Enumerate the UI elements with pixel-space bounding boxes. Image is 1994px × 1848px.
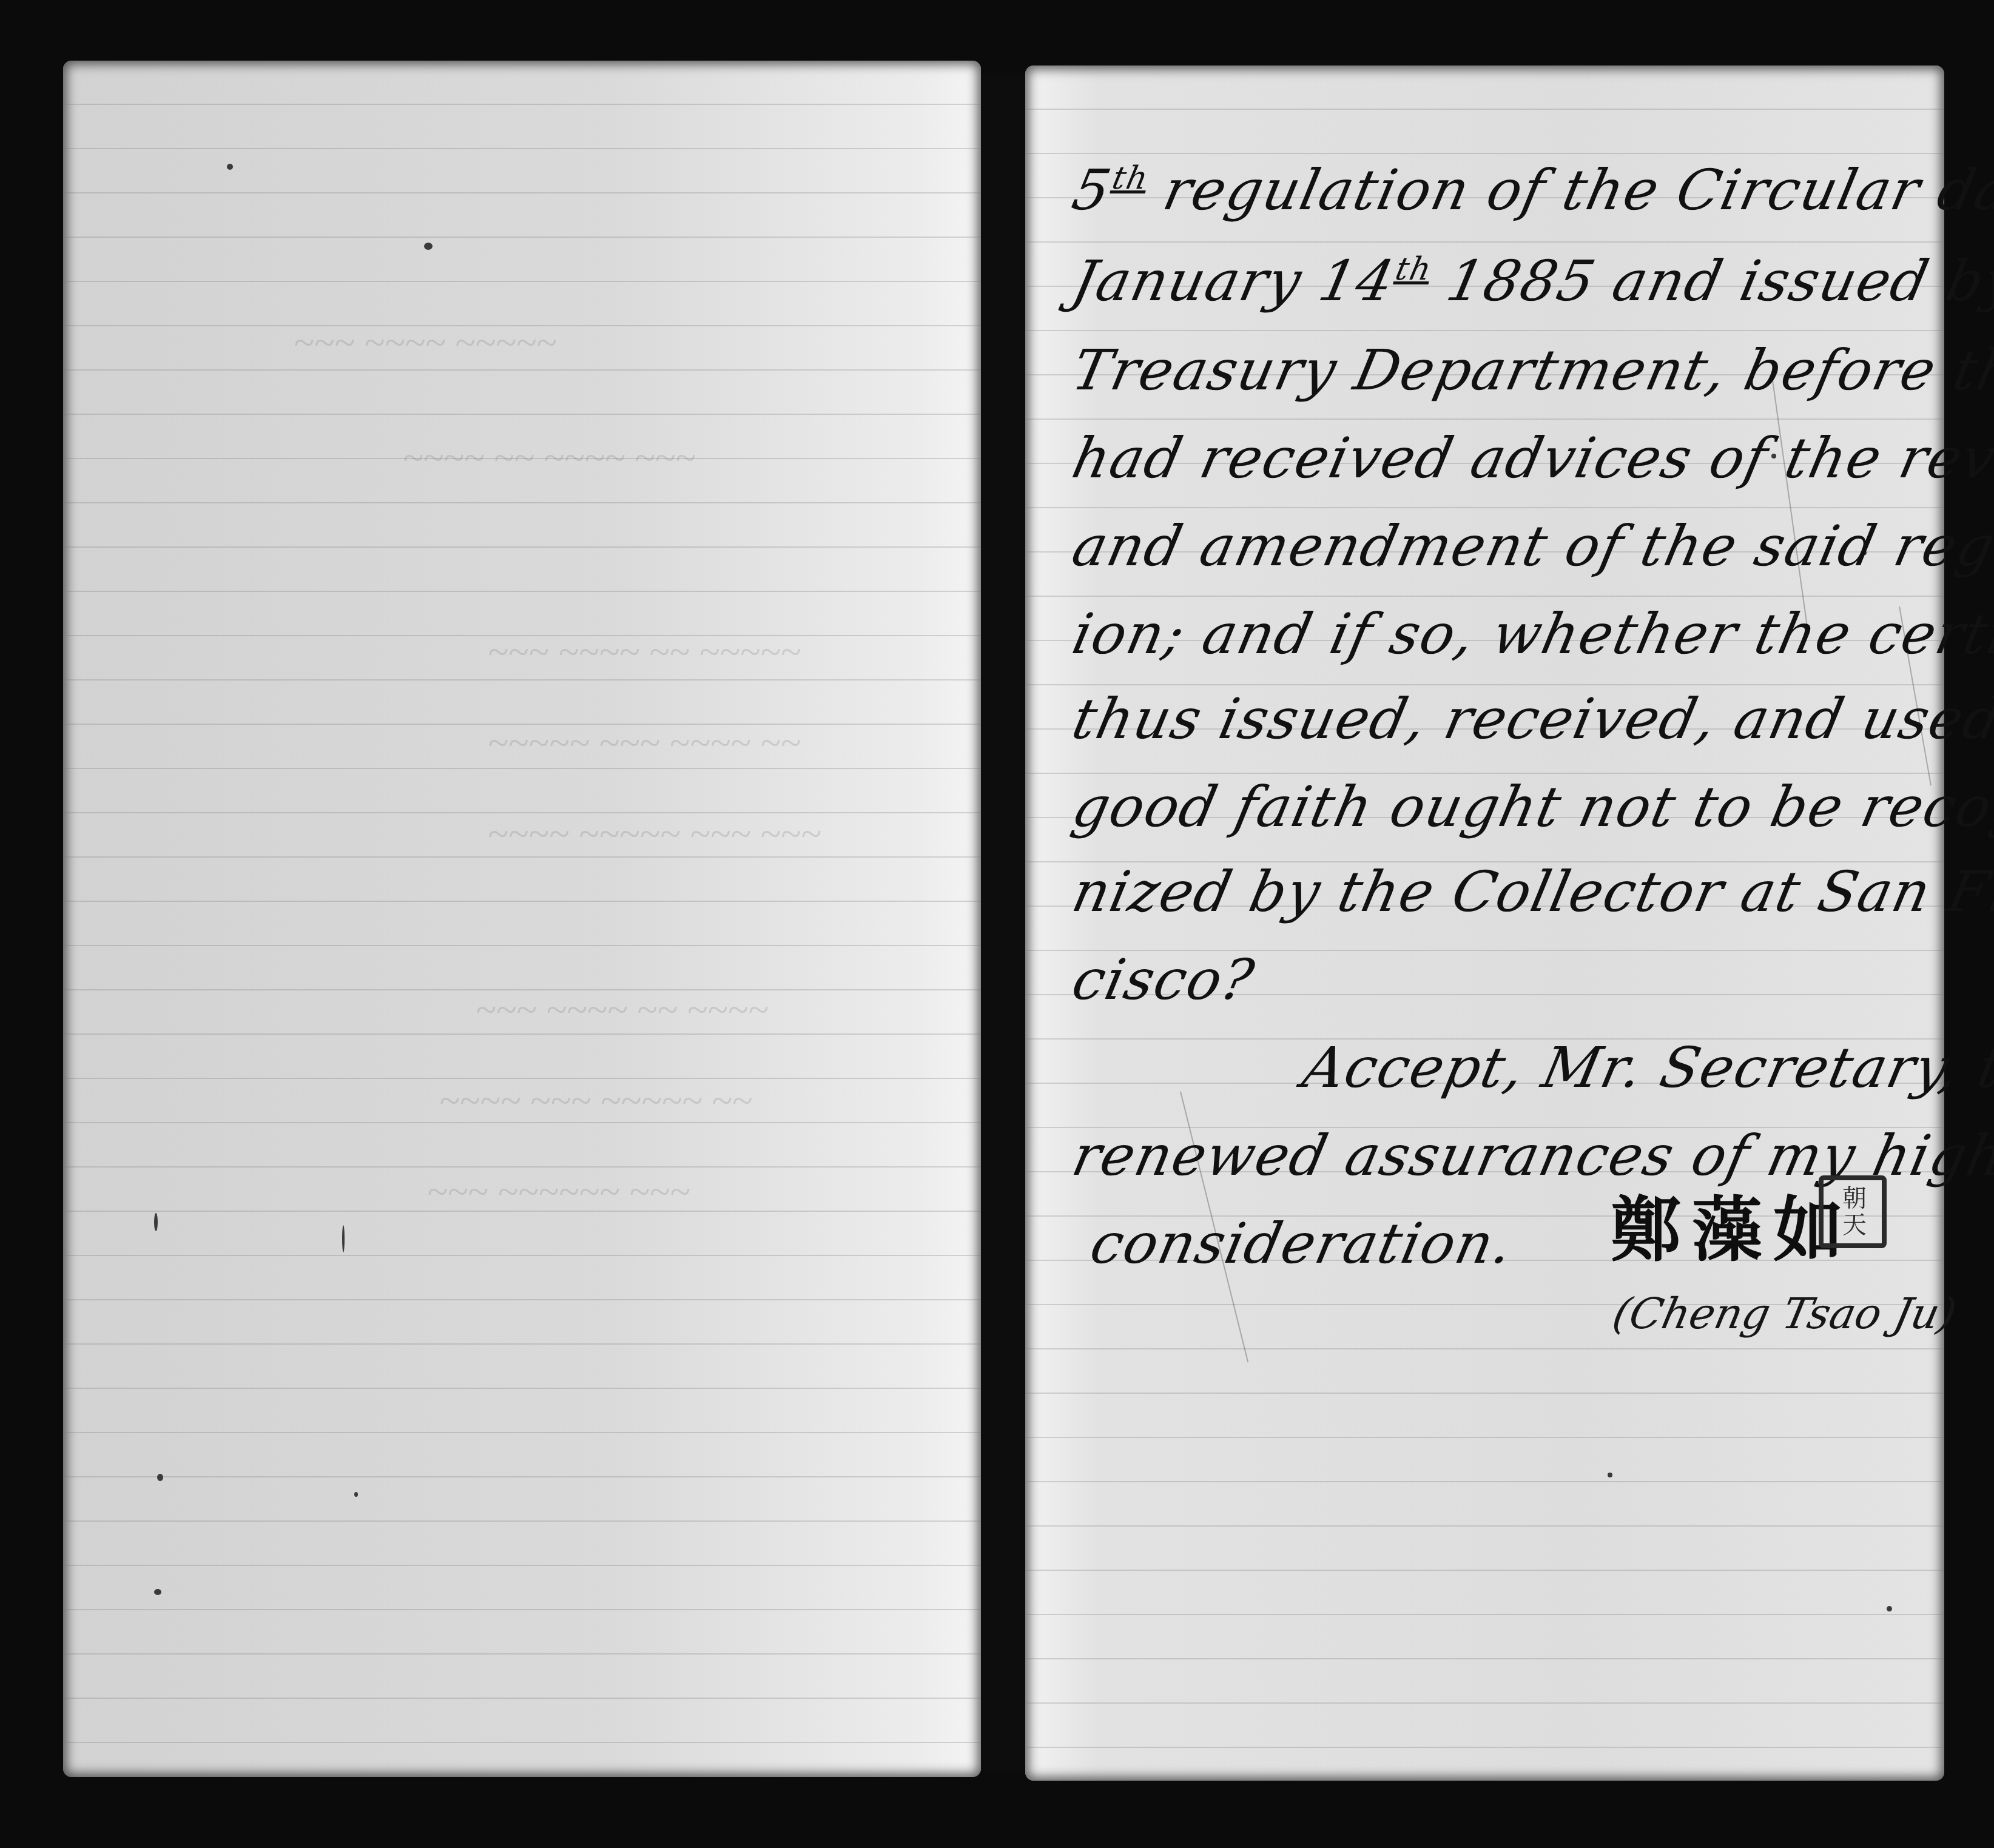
speck	[342, 1225, 345, 1252]
bleed-through-text: ~~~ ~~~~ ~~ ~~~~~	[488, 631, 801, 674]
line-text: ion; and if so, whether the certificate	[1067, 602, 1994, 667]
letter-line-2: January 14th 1885 and issued by the	[1068, 254, 1994, 309]
chinese-signature: 鄭藻如	[1611, 1174, 1854, 1275]
line-text: thus issued, received, and used in	[1067, 687, 1994, 751]
letter-line-8: good faith ought not to be recog-	[1068, 779, 1994, 835]
line-text: nized by the Collector at San Fran-	[1067, 859, 1994, 924]
bleed-through-text: ~~~~ ~~~ ~~~~~ ~~	[439, 1080, 752, 1123]
speck	[157, 1474, 163, 1481]
speck	[1608, 1473, 1612, 1477]
left-page: ~~~ ~~~~ ~~~~~ ~~~~ ~~ ~~~~ ~~~ ~~~ ~~~~…	[63, 61, 981, 1777]
bleed-through-text: ~~~ ~~~~ ~~~~~	[294, 321, 557, 365]
speck	[424, 243, 433, 250]
line-text: January 14	[1067, 249, 1401, 314]
line-text: Accept, Mr. Secretary, the	[1298, 1035, 1994, 1100]
bleed-through-text: ~~~ ~~~~~~ ~~~	[427, 1171, 690, 1214]
line-text: had received advices of the revision	[1067, 426, 1994, 491]
speck	[154, 1213, 158, 1231]
letter-line-3: Treasury Department, before the consul	[1068, 343, 1994, 398]
line-text: Treasury Department, before the consul	[1067, 338, 1994, 403]
line-text: regulation of the Circular dated	[1139, 158, 1994, 223]
speck	[1887, 1606, 1892, 1611]
letter-line-10: cisco?	[1068, 952, 1259, 1008]
seal-stamp: 朝天	[1819, 1175, 1887, 1248]
bleed-through-text: ~~~~ ~~ ~~~~ ~~~	[403, 437, 696, 480]
letter-line-7: thus issued, received, and used in	[1068, 691, 1994, 747]
line-suffix: 1885 and issued by the	[1422, 249, 1994, 314]
letter-line-5: and amendment of the said regulat-	[1068, 519, 1994, 574]
romanized-signature: (Cheng Tsao Ju)	[1608, 1289, 1961, 1339]
book-gutter	[981, 73, 1025, 1771]
bleed-through-text: ~~~~~ ~~~ ~~~~ ~~	[488, 722, 801, 765]
letter-line-9: nized by the Collector at San Fran-	[1068, 864, 1994, 920]
bleed-through-text: ~~~ ~~~~ ~~ ~~~~	[476, 989, 769, 1032]
letter-line-4: had received advices of the revision	[1068, 431, 1994, 486]
line-text: and amendment of the said regulat-	[1067, 514, 1994, 579]
speck	[154, 1589, 161, 1595]
line-text: good faith ought not to be recog-	[1067, 774, 1994, 839]
speck	[227, 164, 233, 170]
letter-line-6: ion; and if so, whether the certificate	[1068, 606, 1994, 662]
letter-line-11: Accept, Mr. Secretary, the	[1298, 1040, 1994, 1096]
letter-line-13: consideration.	[1086, 1216, 1518, 1272]
bleed-through-text: ~~~~ ~~~~~ ~~~ ~~~	[488, 813, 821, 856]
speck	[354, 1492, 358, 1497]
line-text: cisco?	[1067, 947, 1261, 1012]
line-text: consideration.	[1085, 1211, 1520, 1276]
letter-line-1: 5th regulation of the Circular dated	[1068, 163, 1994, 218]
